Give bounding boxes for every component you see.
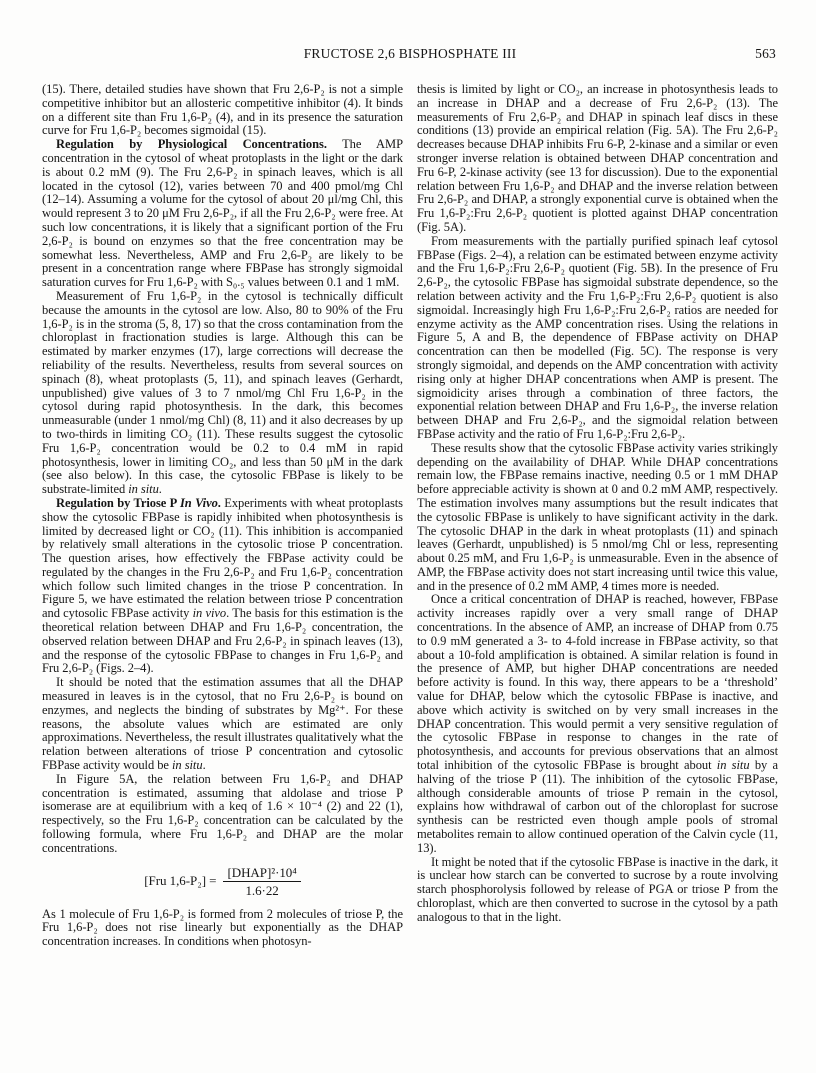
body-paragraph: Once a critical concentration of DHAP is… — [417, 593, 778, 855]
page-number: 563 — [755, 46, 776, 62]
body-paragraph: It might be noted that if the cytosolic … — [417, 856, 778, 925]
body-paragraph: Regulation by Triose P In Vivo. Experime… — [42, 497, 403, 676]
equation-numerator: [DHAP]²·10⁴ — [223, 865, 300, 882]
equation-fraction: [DHAP]²·10⁴ 1.6·22 — [223, 865, 300, 898]
body-paragraph: It should be noted that the estimation a… — [42, 676, 403, 773]
body-paragraph: (15). There, detailed studies have shown… — [42, 83, 403, 138]
body-paragraph: These results show that the cytosolic FB… — [417, 442, 778, 594]
equation: [Fru 1,6-P₂] = [DHAP]²·10⁴ 1.6·22 — [42, 865, 403, 898]
equation-lhs: [Fru 1,6-P₂] = — [144, 874, 216, 888]
text-columns: (15). There, detailed studies have shown… — [42, 83, 778, 949]
body-paragraph: From measurements with the partially pur… — [417, 235, 778, 442]
equation-denominator: 1.6·22 — [223, 882, 300, 898]
body-paragraph: Measurement of Fru 1,6-P₂ in the cytosol… — [42, 290, 403, 497]
body-paragraph: In Figure 5A, the relation between Fru 1… — [42, 773, 403, 856]
journal-page: FRUCTOSE 2,6 BISPHOSPHATE III 563 (15). … — [0, 0, 816, 1073]
left-column: (15). There, detailed studies have shown… — [42, 83, 403, 949]
body-paragraph: Regulation by Physiological Concentratio… — [42, 138, 403, 290]
body-paragraph: thesis is limited by light or CO₂, an in… — [417, 83, 778, 235]
body-paragraph: As 1 molecule of Fru 1,6-P₂ is formed fr… — [42, 908, 403, 949]
page-header: FRUCTOSE 2,6 BISPHOSPHATE III 563 — [42, 46, 778, 62]
right-column: thesis is limited by light or CO₂, an in… — [417, 83, 778, 949]
running-title: FRUCTOSE 2,6 BISPHOSPHATE III — [304, 46, 517, 61]
